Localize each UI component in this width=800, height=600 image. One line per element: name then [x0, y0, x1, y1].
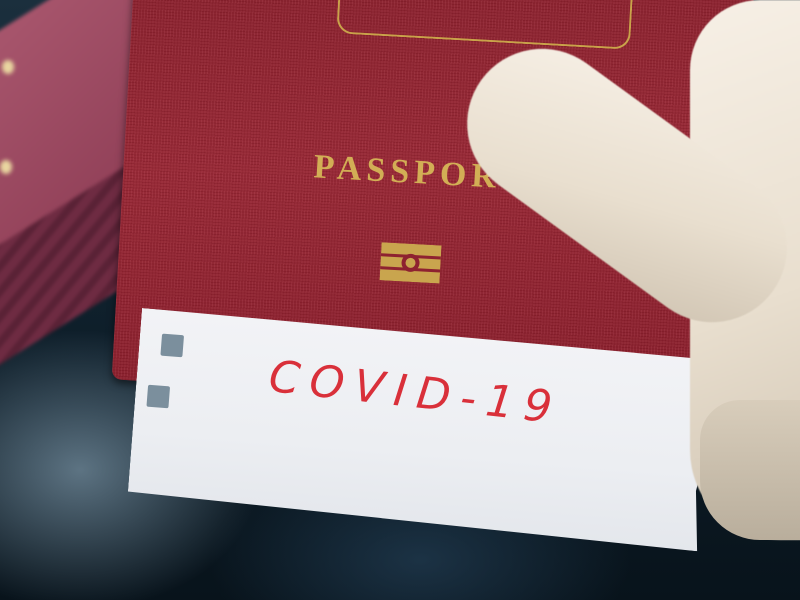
biometric-chip-icon [380, 242, 442, 283]
background-gold-mark [2, 60, 14, 74]
notebook-hole [146, 385, 170, 409]
note-text: COVID-19 [266, 351, 564, 434]
notebook-hole [160, 334, 184, 358]
gloved-thumb [700, 400, 800, 540]
passport-emblem-frame [336, 0, 632, 50]
background-gold-mark [0, 160, 12, 174]
photo-scene: PASSPORT COVID-19 [0, 0, 800, 600]
